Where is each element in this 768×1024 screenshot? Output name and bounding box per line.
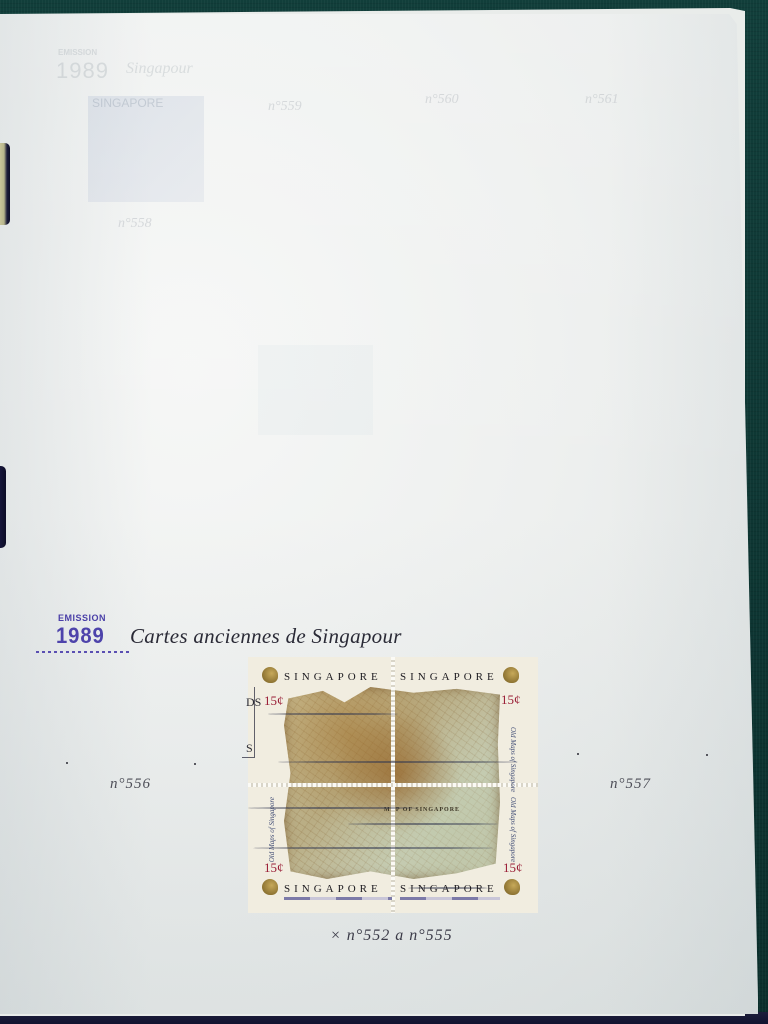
- denomination: 15¢: [503, 860, 523, 876]
- denomination: 15¢: [264, 693, 284, 709]
- dotted-leader: [36, 651, 130, 653]
- catalogue-range: × n°552 a n°555: [330, 927, 453, 945]
- mount-mark: [706, 754, 708, 756]
- merlion-logo-icon: [262, 667, 278, 683]
- cancellation-line: [253, 847, 493, 849]
- country-name: SINGAPORE: [284, 671, 382, 683]
- stamp-block: MAP OF SINGAPORE SINGAPORE SINGAPORE SIN…: [248, 657, 538, 913]
- ghost-number: n°561: [585, 92, 619, 108]
- postmark-letter: S: [246, 741, 253, 756]
- ghost-emission-label: EMISSION: [58, 48, 97, 57]
- merlion-logo-icon: [504, 879, 520, 895]
- postmark-text: DS: [246, 695, 261, 710]
- binder-hole-top: [0, 143, 10, 225]
- ghost-title: Singapour: [126, 60, 193, 78]
- scale-bar: [284, 897, 392, 900]
- emission-year: 1989: [56, 623, 105, 649]
- country-name: SINGAPORE: [400, 883, 498, 895]
- stamp-caption: Old Maps of Singapore: [509, 797, 517, 862]
- mount-mark: [66, 762, 68, 764]
- cancellation-line: [348, 823, 498, 825]
- binder-hole-middle: [0, 466, 6, 548]
- ghost-number: n°559: [268, 99, 302, 115]
- emission-label: EMISSION: [58, 613, 106, 623]
- merlion-logo-icon: [262, 879, 278, 895]
- mount-mark: [194, 763, 196, 765]
- ghost-stamp-label: SINGAPORE: [92, 96, 163, 110]
- denomination: 15¢: [264, 860, 284, 876]
- ghost-number: n°560: [425, 92, 459, 108]
- ghost-stamp: [88, 96, 204, 202]
- series-title: Cartes anciennes de Singapour: [130, 624, 402, 649]
- stamp-caption: Old Maps of Singapore: [509, 727, 517, 792]
- country-name: SINGAPORE: [284, 883, 382, 895]
- stamp-caption: Old Maps of Singapore: [268, 797, 276, 862]
- catalogue-number-right: n°557: [610, 776, 651, 793]
- ghost-year: 1989: [56, 58, 109, 84]
- denomination: 15¢: [501, 692, 521, 708]
- country-name: SINGAPORE: [400, 671, 498, 683]
- cancellation-line: [278, 761, 518, 763]
- cancellation-line: [268, 713, 398, 715]
- merlion-logo-icon: [503, 667, 519, 683]
- scale-bar: [400, 897, 500, 900]
- ghost-number: n°558: [118, 216, 152, 232]
- catalogue-number-left: n°556: [110, 776, 151, 793]
- perforation-horizontal: [248, 783, 538, 787]
- ghost-stamp-outline: [258, 345, 373, 435]
- mount-mark: [577, 753, 579, 755]
